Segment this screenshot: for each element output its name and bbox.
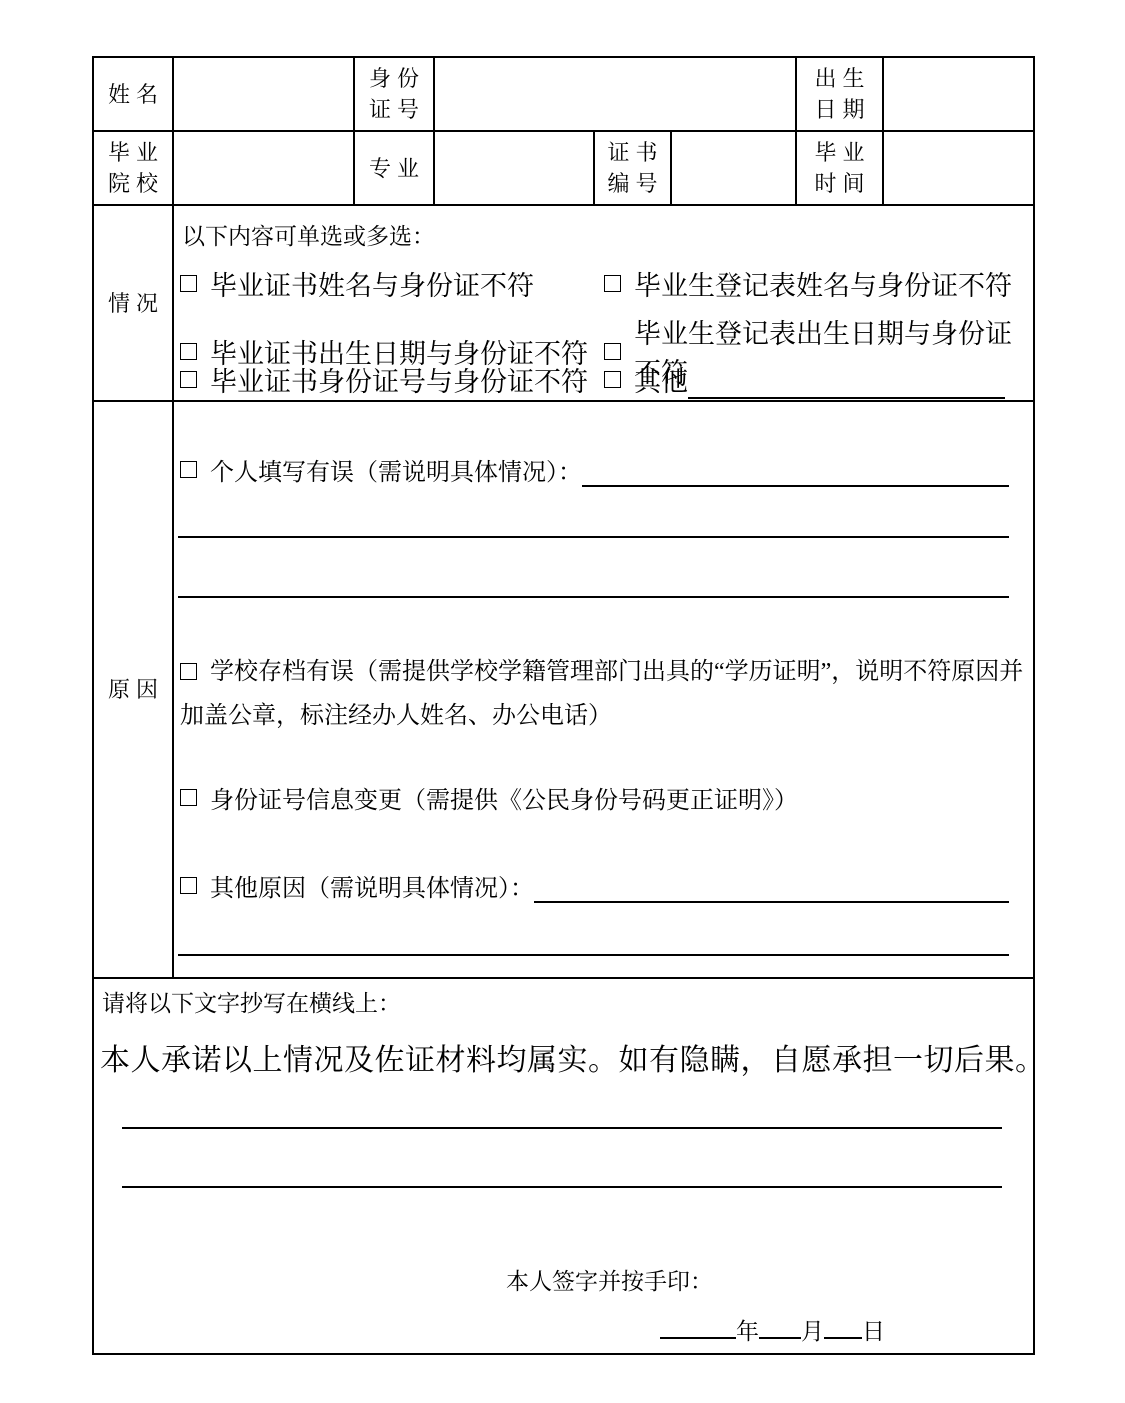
situation-option-row-1: 毕业证书姓名与身份证不符 毕业生登记表姓名与身份证不符 bbox=[180, 264, 1023, 303]
situation-option-row-3: 毕业证书身份证号与身份证不符 其他 bbox=[180, 360, 1023, 399]
copy-line-1[interactable] bbox=[122, 1127, 1002, 1129]
checkbox-registry-birthdate-mismatch[interactable] bbox=[604, 343, 621, 360]
major-label-cell: 专业 bbox=[355, 132, 435, 204]
option-label: 毕业生登记表姓名与身份证不符 bbox=[634, 264, 1012, 303]
cert-number-value-cell[interactable] bbox=[672, 132, 797, 204]
date-line: 年 月 日 bbox=[660, 1313, 885, 1346]
pledge-cell: 请将以下文字抄写在横线上： 本人承诺以上情况及佐证材料均属实。如有隐瞒，自愿承担… bbox=[94, 979, 1033, 1353]
school-value-cell[interactable] bbox=[174, 132, 355, 204]
checkbox-registry-name-mismatch[interactable] bbox=[604, 275, 621, 292]
situation-row-label-cell: 情况 bbox=[94, 206, 174, 400]
personal-error-write-line[interactable] bbox=[582, 452, 1009, 487]
month-label: 月 bbox=[801, 1313, 824, 1346]
birth-date-label: 出生 日期 bbox=[808, 63, 870, 125]
grad-time-value-cell[interactable] bbox=[884, 132, 1033, 204]
id-number-label-cell: 身份 证号 bbox=[355, 58, 435, 130]
pledge-statement: 本人承诺以上情况及佐证材料均属实。如有隐瞒，自愿承担一切后果。 bbox=[100, 1035, 1046, 1079]
situation-other-write-line[interactable] bbox=[688, 360, 1005, 399]
cert-number-label-cell: 证书 编号 bbox=[595, 132, 672, 204]
year-label: 年 bbox=[736, 1313, 759, 1346]
option-cert-idnumber-mismatch: 毕业证书身份证号与身份证不符 bbox=[180, 360, 604, 399]
checkbox-situation-other[interactable] bbox=[604, 371, 621, 388]
reason-write-line-2[interactable] bbox=[178, 596, 1009, 598]
copy-line-2[interactable] bbox=[122, 1186, 1002, 1188]
checkbox-cert-name-mismatch[interactable] bbox=[180, 275, 197, 292]
id-number-label: 身份 证号 bbox=[363, 63, 425, 125]
reason-write-line-3[interactable] bbox=[178, 954, 1009, 956]
situation-row-label: 情况 bbox=[102, 288, 164, 319]
reason-row-label-cell: 原因 bbox=[94, 402, 174, 977]
checkbox-cert-birthdate-mismatch[interactable] bbox=[180, 343, 197, 360]
birth-date-value-cell[interactable] bbox=[884, 58, 1033, 130]
date-year-write-line[interactable] bbox=[660, 1318, 736, 1339]
name-value-cell[interactable] bbox=[174, 58, 355, 130]
major-value-cell[interactable] bbox=[435, 132, 595, 204]
option-label: 其他原因（需说明具体情况）： bbox=[210, 868, 534, 903]
row-reason: 原因 个人填写有误（需说明具体情况）： 学校存档有误（需提供学校学籍管理部门出具… bbox=[94, 402, 1033, 979]
school-label: 毕业 院校 bbox=[102, 137, 164, 199]
cert-number-label: 证书 编号 bbox=[601, 137, 663, 199]
reason-option-other: 其他原因（需说明具体情况）： bbox=[180, 868, 1009, 903]
checkbox-personal-error[interactable] bbox=[180, 461, 197, 478]
date-day-write-line[interactable] bbox=[824, 1318, 862, 1339]
row-education: 毕业 院校 专业 证书 编号 毕业 时间 bbox=[94, 132, 1033, 206]
option-registry-name-mismatch: 毕业生登记表姓名与身份证不符 bbox=[604, 264, 1023, 303]
option-label: 身份证号信息变更（需提供《公民身份号码更正证明》） bbox=[210, 780, 798, 815]
reason-content-cell: 个人填写有误（需说明具体情况）： 学校存档有误（需提供学校学籍管理部门出具的“学… bbox=[174, 402, 1033, 977]
checkbox-school-archive-error[interactable] bbox=[180, 663, 197, 680]
option-label: 学校存档有误（需提供学校学籍管理部门出具的“学历证明”，说明不符原因并加盖公章，… bbox=[180, 659, 1023, 729]
checkbox-cert-idnumber-mismatch[interactable] bbox=[180, 371, 197, 388]
birth-date-label-cell: 出生 日期 bbox=[797, 58, 884, 130]
option-situation-other: 其他 bbox=[604, 360, 1023, 399]
id-number-value-cell[interactable] bbox=[435, 58, 797, 130]
signature-label: 本人签字并按手印： bbox=[506, 1263, 713, 1296]
name-label-cell: 姓名 bbox=[94, 58, 174, 130]
form-table: 姓名 身份 证号 出生 日期 毕业 院校 bbox=[92, 56, 1035, 1355]
reason-option-id-change: 身份证号信息变更（需提供《公民身份号码更正证明》） bbox=[180, 780, 1009, 815]
situation-content-cell: 以下内容可单选或多选： 毕业证书姓名与身份证不符 毕业生登记表姓名与身份证不符 … bbox=[174, 206, 1033, 400]
reason-other-write-line[interactable] bbox=[534, 868, 1009, 903]
checkbox-id-change[interactable] bbox=[180, 789, 197, 806]
reason-write-line-1[interactable] bbox=[178, 536, 1009, 538]
checkbox-reason-other[interactable] bbox=[180, 877, 197, 894]
row-situation: 情况 以下内容可单选或多选： 毕业证书姓名与身份证不符 毕业生登记表姓名与身份证… bbox=[94, 206, 1033, 402]
pledge-instruction: 请将以下文字抄写在横线上： bbox=[102, 985, 401, 1018]
row-identity: 姓名 身份 证号 出生 日期 bbox=[94, 58, 1033, 132]
situation-intro: 以下内容可单选或多选： bbox=[182, 218, 435, 251]
option-label: 毕业证书姓名与身份证不符 bbox=[210, 264, 534, 303]
option-label: 其他 bbox=[634, 360, 688, 399]
option-label: 个人填写有误（需说明具体情况）： bbox=[210, 452, 582, 487]
reason-option-personal-error: 个人填写有误（需说明具体情况）： bbox=[180, 452, 1009, 487]
row-pledge: 请将以下文字抄写在横线上： 本人承诺以上情况及佐证材料均属实。如有隐瞒，自愿承担… bbox=[94, 979, 1033, 1353]
form-page: 姓名 身份 证号 出生 日期 毕业 院校 bbox=[0, 0, 1125, 1403]
reason-option-school-archive-error: 学校存档有误（需提供学校学籍管理部门出具的“学历证明”，说明不符原因并加盖公章，… bbox=[180, 650, 1025, 738]
day-label: 日 bbox=[862, 1313, 885, 1346]
grad-time-label-cell: 毕业 时间 bbox=[797, 132, 884, 204]
date-month-write-line[interactable] bbox=[759, 1318, 801, 1339]
reason-row-label: 原因 bbox=[102, 674, 164, 705]
major-label: 专业 bbox=[363, 153, 425, 184]
school-label-cell: 毕业 院校 bbox=[94, 132, 174, 204]
option-cert-name-mismatch: 毕业证书姓名与身份证不符 bbox=[180, 264, 604, 303]
grad-time-label: 毕业 时间 bbox=[808, 137, 870, 199]
option-label: 毕业证书身份证号与身份证不符 bbox=[210, 360, 588, 399]
name-label: 姓名 bbox=[102, 79, 164, 110]
